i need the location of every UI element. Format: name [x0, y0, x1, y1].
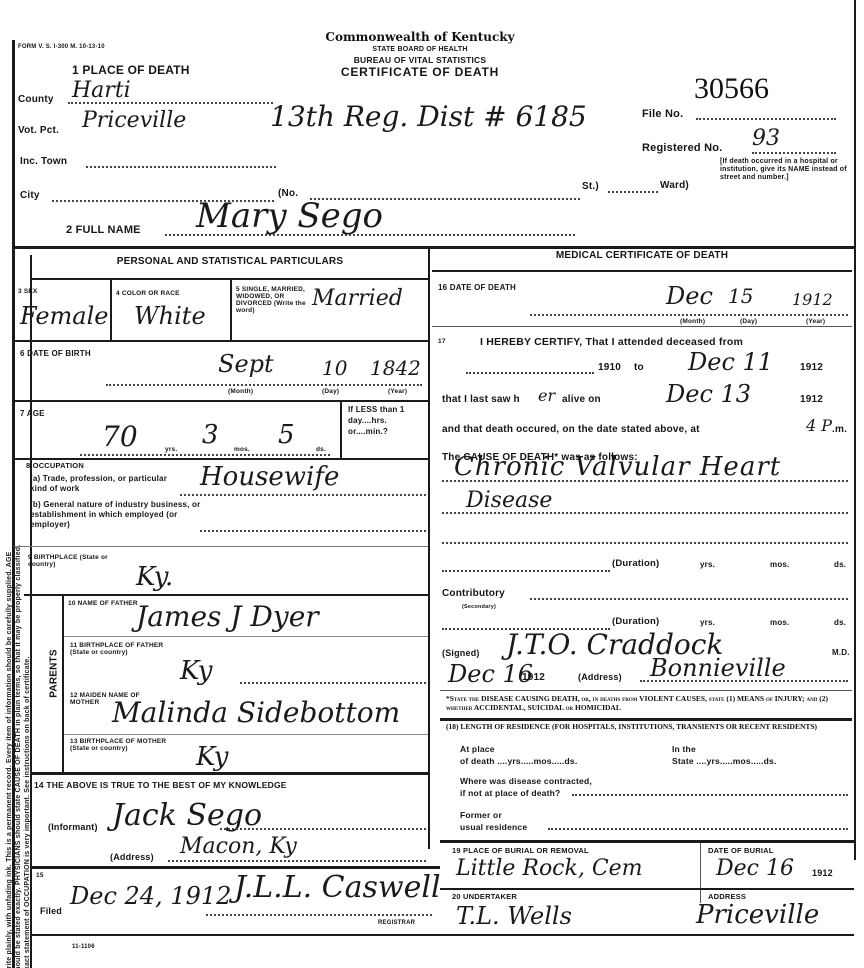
where-contracted-label: Where was disease contracted, — [460, 776, 592, 786]
burial-date: Dec 16 — [716, 856, 794, 881]
registrar-field — [206, 908, 432, 916]
dob-label: 6 DATE OF BIRTH — [20, 350, 91, 357]
rule-medical — [432, 270, 852, 272]
inc-town-label: Inc. Town — [20, 156, 67, 167]
marital-value: Married — [312, 286, 403, 311]
district-note: 13th Reg. Dist # 6185 — [270, 100, 587, 133]
registrar-signature: J.L.L. Caswell — [234, 870, 441, 905]
ward-field — [608, 181, 658, 193]
dod-day-caption: (Day) — [740, 318, 757, 325]
filed-date: Dec 24, 1912 — [70, 882, 231, 910]
signed-date: Dec 16 — [448, 660, 533, 688]
attended-row: 1910 to Dec 11 1912 — [466, 358, 850, 380]
rule-occupation — [14, 458, 428, 460]
informant-heading: 14 THE ABOVE IS TRUE TO THE BEST OF MY K… — [34, 780, 287, 790]
rule-mother-bp — [64, 734, 428, 735]
county-label: County — [18, 94, 54, 105]
st-label: St.) — [582, 181, 599, 192]
mother-birthplace-value: Ky — [196, 742, 228, 772]
header-block: Commonwealth of Kentucky STATE BOARD OF … — [300, 30, 540, 79]
father-bp-field — [240, 676, 426, 684]
rule-bottom-right — [440, 934, 854, 936]
marital-label: 5 SINGLE, MARRIED, WIDOWED, OR DIVORCED … — [236, 286, 308, 314]
md-label: M.D. — [832, 648, 850, 657]
last-saw-date: Dec 13 — [666, 380, 751, 408]
footer-code: 11-1106 — [72, 944, 95, 950]
cause-footnote: *State the DISEASE CAUSING DEATH, or, in… — [446, 694, 850, 712]
last-saw-post: alive on — [562, 394, 601, 405]
father-label: 10 NAME OF FATHER — [68, 600, 138, 607]
father-birthplace-label: 11 BIRTHPLACE OF FATHER (State or countr… — [70, 642, 170, 656]
rule-top — [14, 246, 854, 249]
occupation-value: Housewife — [200, 462, 339, 492]
state-label: State ....yrs.....mos.....ds. — [672, 756, 777, 766]
informant-label: (Informant) — [48, 822, 98, 832]
rule-bottom-left — [30, 934, 450, 936]
sex-label: 3 SEX — [18, 288, 37, 295]
file-number-value: 30566 — [694, 72, 769, 106]
rule-birthplace — [14, 546, 428, 547]
father-value: James J Dyer — [136, 600, 319, 633]
duration-ds-1: ds. — [834, 560, 846, 569]
rule-residence — [440, 718, 852, 721]
divider-age — [340, 400, 342, 458]
full-name-value: Mary Sego — [196, 196, 383, 236]
last-saw-row: that I last saw h er alive on Dec 13 191… — [442, 390, 850, 412]
dob-month-caption: (Month) — [228, 388, 253, 395]
ds-label: ds. — [316, 446, 326, 453]
contributory-label: Contributory — [442, 588, 505, 599]
duration-yrs-1: yrs. — [700, 560, 715, 569]
duration-label-1: (Duration) — [612, 558, 659, 569]
occupation-b-label: (b) General nature of industry business,… — [30, 500, 202, 530]
last-saw-pre: that I last saw h — [442, 394, 520, 405]
vot-pct-value: Priceville — [82, 108, 186, 133]
father-birthplace-value: Ky — [180, 656, 212, 686]
signed-year: 1912 — [522, 672, 545, 683]
dod-month-caption: (Month) — [680, 318, 705, 325]
frame-right — [854, 0, 856, 860]
dob-day-caption: (Day) — [322, 388, 339, 395]
hospital-note: [If death occurred in a hospital or inst… — [720, 158, 850, 182]
attended-to-date: Dec 11 — [688, 348, 773, 376]
divider-color — [230, 280, 232, 340]
rule-footnote — [440, 690, 852, 691]
duration-field-1 — [442, 564, 610, 572]
age-days: 5 — [278, 420, 295, 450]
duration-ds-2: ds. — [834, 618, 846, 627]
contracted-field — [572, 788, 848, 796]
burial-year: 1912 — [812, 868, 833, 878]
county-field: Harti — [68, 84, 273, 104]
certify-number: 17 — [438, 338, 446, 345]
filed-number: 15 — [36, 872, 44, 879]
dob-day: 10 — [322, 356, 347, 380]
dod-label: 16 DATE OF DEATH — [438, 284, 516, 291]
rule-dob — [14, 340, 428, 342]
cause-field-3 — [442, 536, 848, 544]
occupation-a-label: (a) Trade, profession, or particular kin… — [30, 474, 180, 494]
age-years: 70 — [102, 420, 138, 453]
undertaker-address: Priceville — [696, 900, 819, 930]
full-name-label: 2 FULL NAME — [66, 224, 141, 236]
filed-label: Filed — [40, 906, 62, 916]
duration-mos-2: mos. — [770, 618, 789, 627]
if-not-label: if not at place of death? — [460, 788, 560, 798]
attended-from-year: 1910 — [598, 362, 621, 373]
cause-field-2 — [442, 506, 848, 514]
birthplace-label: 9 BIRTHPLACE (State or country) — [28, 554, 128, 568]
certify-text: I HEREBY CERTIFY, That I attended deceas… — [480, 336, 743, 348]
in-the-label: In the — [672, 744, 696, 754]
physician-address-label: (Address) — [578, 672, 622, 682]
occurred-text: and that death occured, on the date stat… — [442, 424, 700, 435]
duration-label-2: (Duration) — [612, 616, 659, 627]
personal-heading: PERSONAL AND STATISTICAL PARTICULARS — [32, 256, 428, 267]
usual-label: usual residence — [460, 822, 527, 832]
burial-divider — [700, 843, 701, 903]
rule-age — [14, 400, 428, 402]
rule-certify — [432, 326, 852, 327]
rule-informant — [30, 772, 430, 775]
informant-field — [220, 822, 426, 830]
attended-from-field — [466, 366, 594, 374]
informant-address-field — [168, 854, 426, 862]
vot-pct-label: Vot. Pct. — [18, 125, 59, 136]
last-saw-year: 1912 — [800, 394, 823, 405]
undertaker-label: 20 UNDERTAKER — [452, 892, 517, 901]
dob-month: Sept — [218, 350, 274, 378]
dod-month: Dec — [666, 282, 713, 310]
occupation-label: 8 OCCUPATION — [26, 462, 84, 469]
place-of-death-heading: 1 PLACE OF DEATH — [72, 63, 190, 77]
commonwealth-title: Commonwealth of Kentucky — [300, 30, 540, 44]
rule-burial — [440, 840, 854, 843]
inc-town-field — [86, 156, 276, 168]
dob-year: 1842 — [370, 356, 421, 380]
occurred-suffix: .m. — [832, 424, 847, 435]
frame-left-inner — [30, 255, 32, 968]
certificate-title: CERTIFICATE OF DEATH — [300, 65, 540, 79]
secondary-label: (Secondary) — [462, 604, 496, 610]
parents-divider — [62, 596, 64, 774]
bureau-title: BUREAU OF VITAL STATISTICS — [300, 55, 540, 65]
frame-left — [12, 40, 15, 968]
of-death-label: of death ....yrs.....mos.....ds. — [460, 756, 577, 766]
contributory-field — [530, 592, 848, 600]
last-saw-pronoun: er — [538, 386, 555, 405]
burial-date-label: DATE OF BURIAL — [708, 846, 774, 855]
board-title: STATE BOARD OF HEALTH — [300, 46, 540, 53]
rule-father-bp — [64, 636, 428, 637]
city-label: City — [20, 190, 40, 201]
column-divider — [428, 249, 430, 849]
registered-no-field — [752, 142, 836, 154]
residence-heading: (18) LENGTH OF RESIDENCE (FOR HOSPITALS,… — [446, 722, 850, 731]
less-than-day: If LESS than 1 day....hrs. or....min.? — [348, 404, 426, 437]
ward-label: Ward) — [660, 180, 689, 191]
parents-side-label: PARENTS — [49, 624, 60, 724]
sex-value: Female — [20, 302, 109, 330]
former-label: Former or — [460, 810, 502, 820]
duration-yrs-2: yrs. — [700, 618, 715, 627]
county-value: Harti — [72, 78, 131, 103]
occurred-time: 4 P — [806, 416, 832, 435]
burial-place-label: 19 PLACE OF BURIAL OR REMOVAL — [452, 846, 589, 855]
physician-address-field — [640, 674, 848, 682]
rule-filed — [30, 866, 440, 869]
dob-year-caption: (Year) — [388, 388, 407, 395]
file-no-label: File No. — [642, 108, 683, 120]
file-no-field — [696, 108, 836, 120]
mother-birthplace-label: 13 BIRTHPLACE OF MOTHER (State or countr… — [70, 738, 170, 752]
burial-place: Little Rock, Cem — [456, 856, 643, 881]
rule-undertaker — [440, 888, 854, 890]
residence-field — [548, 822, 848, 830]
age-months: 3 — [202, 420, 219, 450]
registrar-label: REGISTRAR — [378, 920, 415, 926]
undertaker-value: T.L. Wells — [456, 902, 572, 930]
at-place-label: At place — [460, 744, 495, 754]
color-value: White — [134, 302, 206, 330]
attended-to-year: 1912 — [800, 362, 823, 373]
divider-sex — [110, 280, 112, 340]
cause-field-1 — [442, 474, 848, 482]
birthplace-value: Ky. — [136, 562, 173, 592]
dod-year-caption: (Year) — [806, 318, 825, 325]
mother-value: Malinda Sidebottom — [112, 696, 400, 729]
yrs-label: yrs. — [165, 446, 177, 453]
registered-no-label: Registered No. — [642, 142, 722, 154]
signed-label: (Signed) — [442, 648, 480, 658]
duration-mos-1: mos. — [770, 560, 789, 569]
attended-to-label: to — [634, 362, 644, 373]
informant-address-label: (Address) — [110, 852, 154, 862]
age-label: 7 AGE — [20, 410, 45, 417]
dod-day: 15 — [728, 284, 753, 308]
medical-heading: MEDICAL CERTIFICATE OF DEATH — [432, 250, 852, 261]
employer-field — [200, 522, 426, 532]
rule-parents — [24, 594, 428, 596]
form-number: FORM V. S. I-300 M. 10-13-10 — [18, 44, 105, 51]
mos-label: mos. — [234, 446, 250, 453]
color-label: 4 COLOR OR RACE — [116, 290, 180, 297]
dod-year: 1912 — [792, 290, 833, 309]
